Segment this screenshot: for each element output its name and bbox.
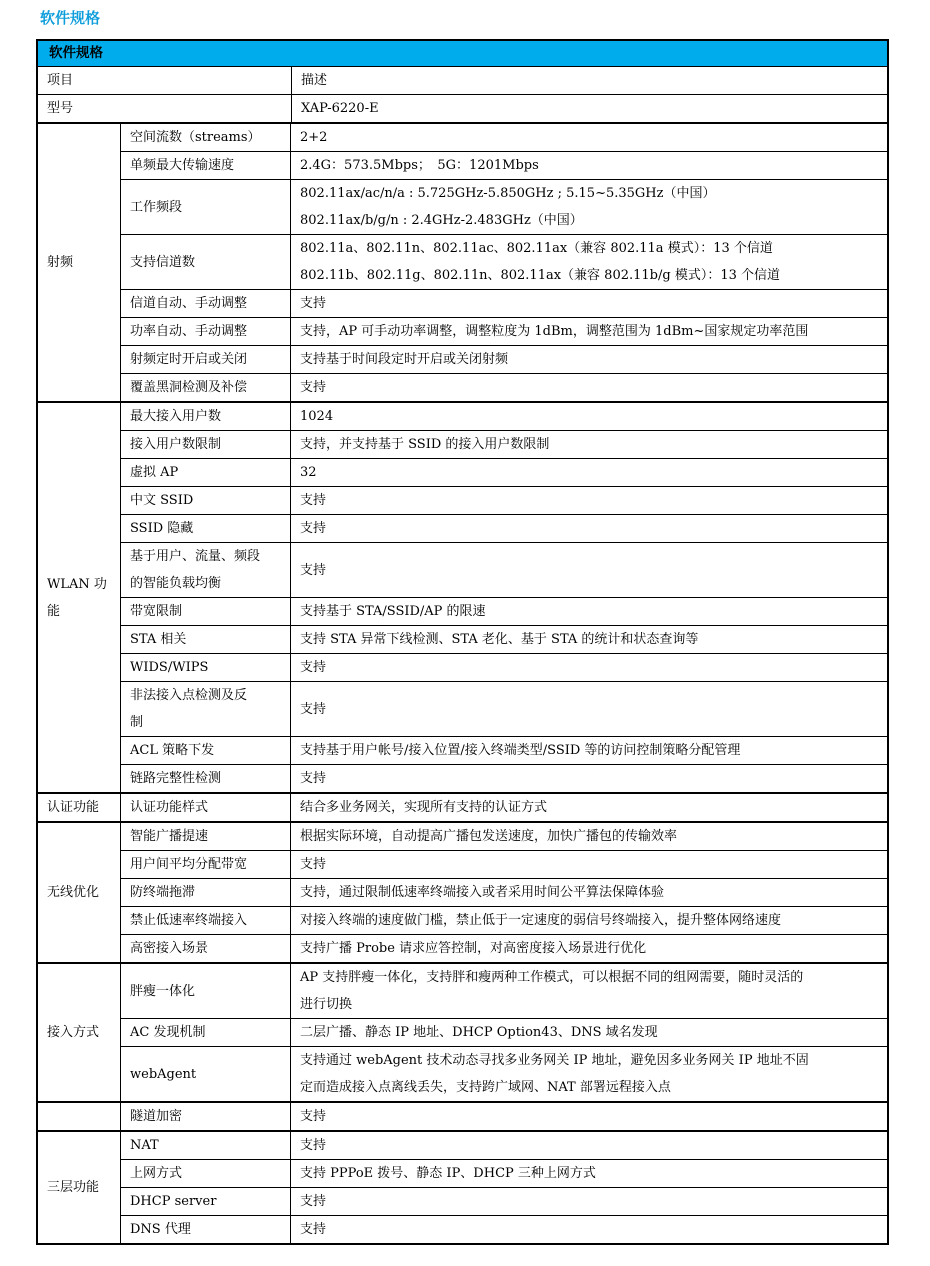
row-value: 支持 xyxy=(291,851,887,878)
group-label: WLAN 功能 xyxy=(38,403,121,792)
spec-groups: 射频空间流数（streams）2+2单频最大传输速度2.4G：573.5Mbps… xyxy=(38,122,887,1243)
group-label: 接入方式 xyxy=(38,964,121,1101)
row-label: 胖瘦一体化 xyxy=(121,964,291,1018)
row-label: 上网方式 xyxy=(121,1160,291,1187)
spec-group: 隧道加密支持 xyxy=(38,1101,887,1130)
row-label: AC 发现机制 xyxy=(121,1019,291,1046)
table-row: webAgent支持通过 webAgent 技术动态寻找多业务网关 IP 地址，… xyxy=(121,1046,887,1101)
spec-group: 射频空间流数（streams）2+2单频最大传输速度2.4G：573.5Mbps… xyxy=(38,122,887,401)
row-value: 支持 xyxy=(291,374,887,401)
row-label: 中文 SSID xyxy=(121,487,291,514)
table-row: 智能广播提速根据实际环境，自动提高广播包发送速度，加快广播包的传输效率 xyxy=(121,823,887,850)
row-label: 防终端拖滞 xyxy=(121,879,291,906)
row-value: 支持，并支持基于 SSID 的接入用户数限制 xyxy=(291,431,887,458)
row-value: 支持 xyxy=(291,1188,887,1215)
row-value: 支持 xyxy=(291,1103,887,1130)
group-label: 认证功能 xyxy=(38,794,121,821)
group-rows: 智能广播提速根据实际环境，自动提高广播包发送速度，加快广播包的传输效率用户间平均… xyxy=(121,823,887,962)
row-label: 隧道加密 xyxy=(121,1103,291,1130)
table-row: 功率自动、手动调整支持，AP 可手动功率调整，调整粒度为 1dBm，调整范围为 … xyxy=(121,317,887,345)
table-row: 胖瘦一体化AP 支持胖瘦一体化，支持胖和瘦两种工作模式，可以根据不同的组网需要，… xyxy=(121,964,887,1018)
table-row: 接入用户数限制支持，并支持基于 SSID 的接入用户数限制 xyxy=(121,430,887,458)
group-label: 无线优化 xyxy=(38,823,121,962)
group-label: 射频 xyxy=(38,124,121,401)
table-row: STA 相关支持 STA 异常下线检测、STA 老化、基于 STA 的统计和状态… xyxy=(121,625,887,653)
table-row: 用户间平均分配带宽支持 xyxy=(121,850,887,878)
table-row: 中文 SSID支持 xyxy=(121,486,887,514)
row-label: NAT xyxy=(121,1132,291,1159)
row-label: SSID 隐藏 xyxy=(121,515,291,542)
table-row: DNS 代理支持 xyxy=(121,1215,887,1243)
spec-group: 认证功能认证功能样式结合多业务网关，实现所有支持的认证方式 xyxy=(38,792,887,821)
spec-table: 软件规格 项目 描述 型号 XAP-6220-E 射频空间流数（streams）… xyxy=(36,39,889,1245)
row-value: 32 xyxy=(291,459,887,486)
row-label: 接入用户数限制 xyxy=(121,431,291,458)
table-row: 隧道加密支持 xyxy=(121,1103,887,1130)
row-label: 支持信道数 xyxy=(121,235,291,289)
row-value: 支持 xyxy=(291,290,887,317)
group-rows: 胖瘦一体化AP 支持胖瘦一体化，支持胖和瘦两种工作模式，可以根据不同的组网需要，… xyxy=(121,964,887,1101)
model-value: XAP-6220-E xyxy=(292,95,887,122)
table-row: 支持信道数802.11a、802.11n、802.11ac、802.11ax（兼… xyxy=(121,234,887,289)
table-row: DHCP server支持 xyxy=(121,1187,887,1215)
row-label: 单频最大传输速度 xyxy=(121,152,291,179)
row-label: 基于用户、流量、频段 的智能负载均衡 xyxy=(121,543,291,597)
table-row: 信道自动、手动调整支持 xyxy=(121,289,887,317)
row-label: webAgent xyxy=(121,1047,291,1101)
table-row: 基于用户、流量、频段 的智能负载均衡支持 xyxy=(121,542,887,597)
table-row: 覆盖黑洞检测及补偿支持 xyxy=(121,373,887,401)
table-row: WIDS/WIPS支持 xyxy=(121,653,887,681)
row-value: 2+2 xyxy=(291,124,887,151)
table-row: 最大接入用户数1024 xyxy=(121,403,887,430)
row-label: 高密接入场景 xyxy=(121,935,291,962)
spec-group: WLAN 功能最大接入用户数1024接入用户数限制支持，并支持基于 SSID 的… xyxy=(38,401,887,792)
row-label: 虚拟 AP xyxy=(121,459,291,486)
row-value: 支持 PPPoE 拨号、静态 IP、DHCP 三种上网方式 xyxy=(291,1160,887,1187)
row-value: 结合多业务网关，实现所有支持的认证方式 xyxy=(291,794,887,821)
table-row: NAT支持 xyxy=(121,1132,887,1159)
row-value: 支持 xyxy=(291,765,887,792)
row-label: 非法接入点检测及反 制 xyxy=(121,682,291,736)
table-row: 虚拟 AP32 xyxy=(121,458,887,486)
table-row: 禁止低速率终端接入对接入终端的速度做门槛，禁止低于一定速度的弱信号终端接入，提升… xyxy=(121,906,887,934)
row-value: 支持 STA 异常下线检测、STA 老化、基于 STA 的统计和状态查询等 xyxy=(291,626,887,653)
table-row: SSID 隐藏支持 xyxy=(121,514,887,542)
table-row: ACL 策略下发支持基于用户帐号/接入位置/接入终端类型/SSID 等的访问控制… xyxy=(121,736,887,764)
row-value: 支持 xyxy=(291,682,887,736)
spec-group: 接入方式胖瘦一体化AP 支持胖瘦一体化，支持胖和瘦两种工作模式，可以根据不同的组… xyxy=(38,962,887,1101)
row-label: STA 相关 xyxy=(121,626,291,653)
row-value: 802.11ax/ac/n/a : 5.725GHz-5.850GHz ; 5.… xyxy=(291,180,887,234)
row-label: 用户间平均分配带宽 xyxy=(121,851,291,878)
row-value: 支持通过 webAgent 技术动态寻找多业务网关 IP 地址，避免因多业务网关… xyxy=(291,1047,887,1101)
row-label: 最大接入用户数 xyxy=(121,403,291,430)
row-value: 支持 xyxy=(291,487,887,514)
group-label: 三层功能 xyxy=(38,1132,121,1243)
group-rows: NAT支持上网方式支持 PPPoE 拨号、静态 IP、DHCP 三种上网方式DH… xyxy=(121,1132,887,1243)
row-value: 2.4G：573.5Mbps； 5G：1201Mbps xyxy=(291,152,887,179)
table-row: AC 发现机制二层广播、静态 IP 地址、DHCP Option43、DNS 域… xyxy=(121,1018,887,1046)
table-row: 高密接入场景支持广播 Probe 请求应答控制，对高密度接入场景进行优化 xyxy=(121,934,887,962)
row-value: 支持广播 Probe 请求应答控制，对高密度接入场景进行优化 xyxy=(291,935,887,962)
row-label: 空间流数（streams） xyxy=(121,124,291,151)
row-value: 对接入终端的速度做门槛，禁止低于一定速度的弱信号终端接入，提升整体网络速度 xyxy=(291,907,887,934)
columns-header-row: 项目 描述 xyxy=(38,67,887,95)
row-value: 支持 xyxy=(291,543,887,597)
table-row: 链路完整性检测支持 xyxy=(121,764,887,792)
row-value: 1024 xyxy=(291,403,887,430)
table-row: 射频定时开启或关闭支持基于时间段定时开启或关闭射频 xyxy=(121,345,887,373)
row-label: 认证功能样式 xyxy=(121,794,291,821)
table-row: 认证功能样式结合多业务网关，实现所有支持的认证方式 xyxy=(121,794,887,821)
row-label: 射频定时开启或关闭 xyxy=(121,346,291,373)
row-value: 支持基于 STA/SSID/AP 的限速 xyxy=(291,598,887,625)
table-row: 带宽限制支持基于 STA/SSID/AP 的限速 xyxy=(121,597,887,625)
group-rows: 空间流数（streams）2+2单频最大传输速度2.4G：573.5Mbps； … xyxy=(121,124,887,401)
row-value: 支持基于时间段定时开启或关闭射频 xyxy=(291,346,887,373)
group-rows: 最大接入用户数1024接入用户数限制支持，并支持基于 SSID 的接入用户数限制… xyxy=(121,403,887,792)
table-row: 单频最大传输速度2.4G：573.5Mbps； 5G：1201Mbps xyxy=(121,151,887,179)
group-label xyxy=(38,1103,121,1130)
model-label: 型号 xyxy=(38,95,292,122)
row-value: 支持，通过限制低速率终端接入或者采用时间公平算法保障体验 xyxy=(291,879,887,906)
table-row: 工作频段802.11ax/ac/n/a : 5.725GHz-5.850GHz … xyxy=(121,179,887,234)
row-value: 二层广播、静态 IP 地址、DHCP Option43、DNS 域名发现 xyxy=(291,1019,887,1046)
spec-group: 三层功能NAT支持上网方式支持 PPPoE 拨号、静态 IP、DHCP 三种上网… xyxy=(38,1130,887,1243)
row-value: AP 支持胖瘦一体化，支持胖和瘦两种工作模式，可以根据不同的组网需要，随时灵活的… xyxy=(291,964,887,1018)
row-value: 支持 xyxy=(291,1216,887,1243)
group-rows: 隧道加密支持 xyxy=(121,1103,887,1130)
row-label: 功率自动、手动调整 xyxy=(121,318,291,345)
row-label: 带宽限制 xyxy=(121,598,291,625)
spec-group: 无线优化智能广播提速根据实际环境，自动提高广播包发送速度，加快广播包的传输效率用… xyxy=(38,821,887,962)
row-label: 智能广播提速 xyxy=(121,823,291,850)
row-value: 支持 xyxy=(291,515,887,542)
row-label: 工作频段 xyxy=(121,180,291,234)
row-value: 支持 xyxy=(291,1132,887,1159)
row-value: 支持基于用户帐号/接入位置/接入终端类型/SSID 等的访问控制策略分配管理 xyxy=(291,737,887,764)
column-header-item: 项目 xyxy=(38,67,292,94)
row-label: 覆盖黑洞检测及补偿 xyxy=(121,374,291,401)
page-title: 软件规格 xyxy=(40,7,930,28)
table-row: 空间流数（streams）2+2 xyxy=(121,124,887,151)
row-label: ACL 策略下发 xyxy=(121,737,291,764)
model-row: 型号 XAP-6220-E xyxy=(38,95,887,122)
group-rows: 认证功能样式结合多业务网关，实现所有支持的认证方式 xyxy=(121,794,887,821)
table-row: 防终端拖滞支持，通过限制低速率终端接入或者采用时间公平算法保障体验 xyxy=(121,878,887,906)
row-label: 信道自动、手动调整 xyxy=(121,290,291,317)
table-row: 上网方式支持 PPPoE 拨号、静态 IP、DHCP 三种上网方式 xyxy=(121,1159,887,1187)
row-value: 802.11a、802.11n、802.11ac、802.11ax（兼容 802… xyxy=(291,235,887,289)
row-label: WIDS/WIPS xyxy=(121,654,291,681)
table-row: 非法接入点检测及反 制支持 xyxy=(121,681,887,736)
row-label: 禁止低速率终端接入 xyxy=(121,907,291,934)
row-label: DHCP server xyxy=(121,1188,291,1215)
row-label: DNS 代理 xyxy=(121,1216,291,1243)
table-header-bar: 软件规格 xyxy=(38,41,887,67)
row-value: 支持 xyxy=(291,654,887,681)
row-label: 链路完整性检测 xyxy=(121,765,291,792)
row-value: 根据实际环境，自动提高广播包发送速度，加快广播包的传输效率 xyxy=(291,823,887,850)
column-header-desc: 描述 xyxy=(292,67,887,94)
row-value: 支持，AP 可手动功率调整，调整粒度为 1dBm，调整范围为 1dBm~国家规定… xyxy=(291,318,887,345)
